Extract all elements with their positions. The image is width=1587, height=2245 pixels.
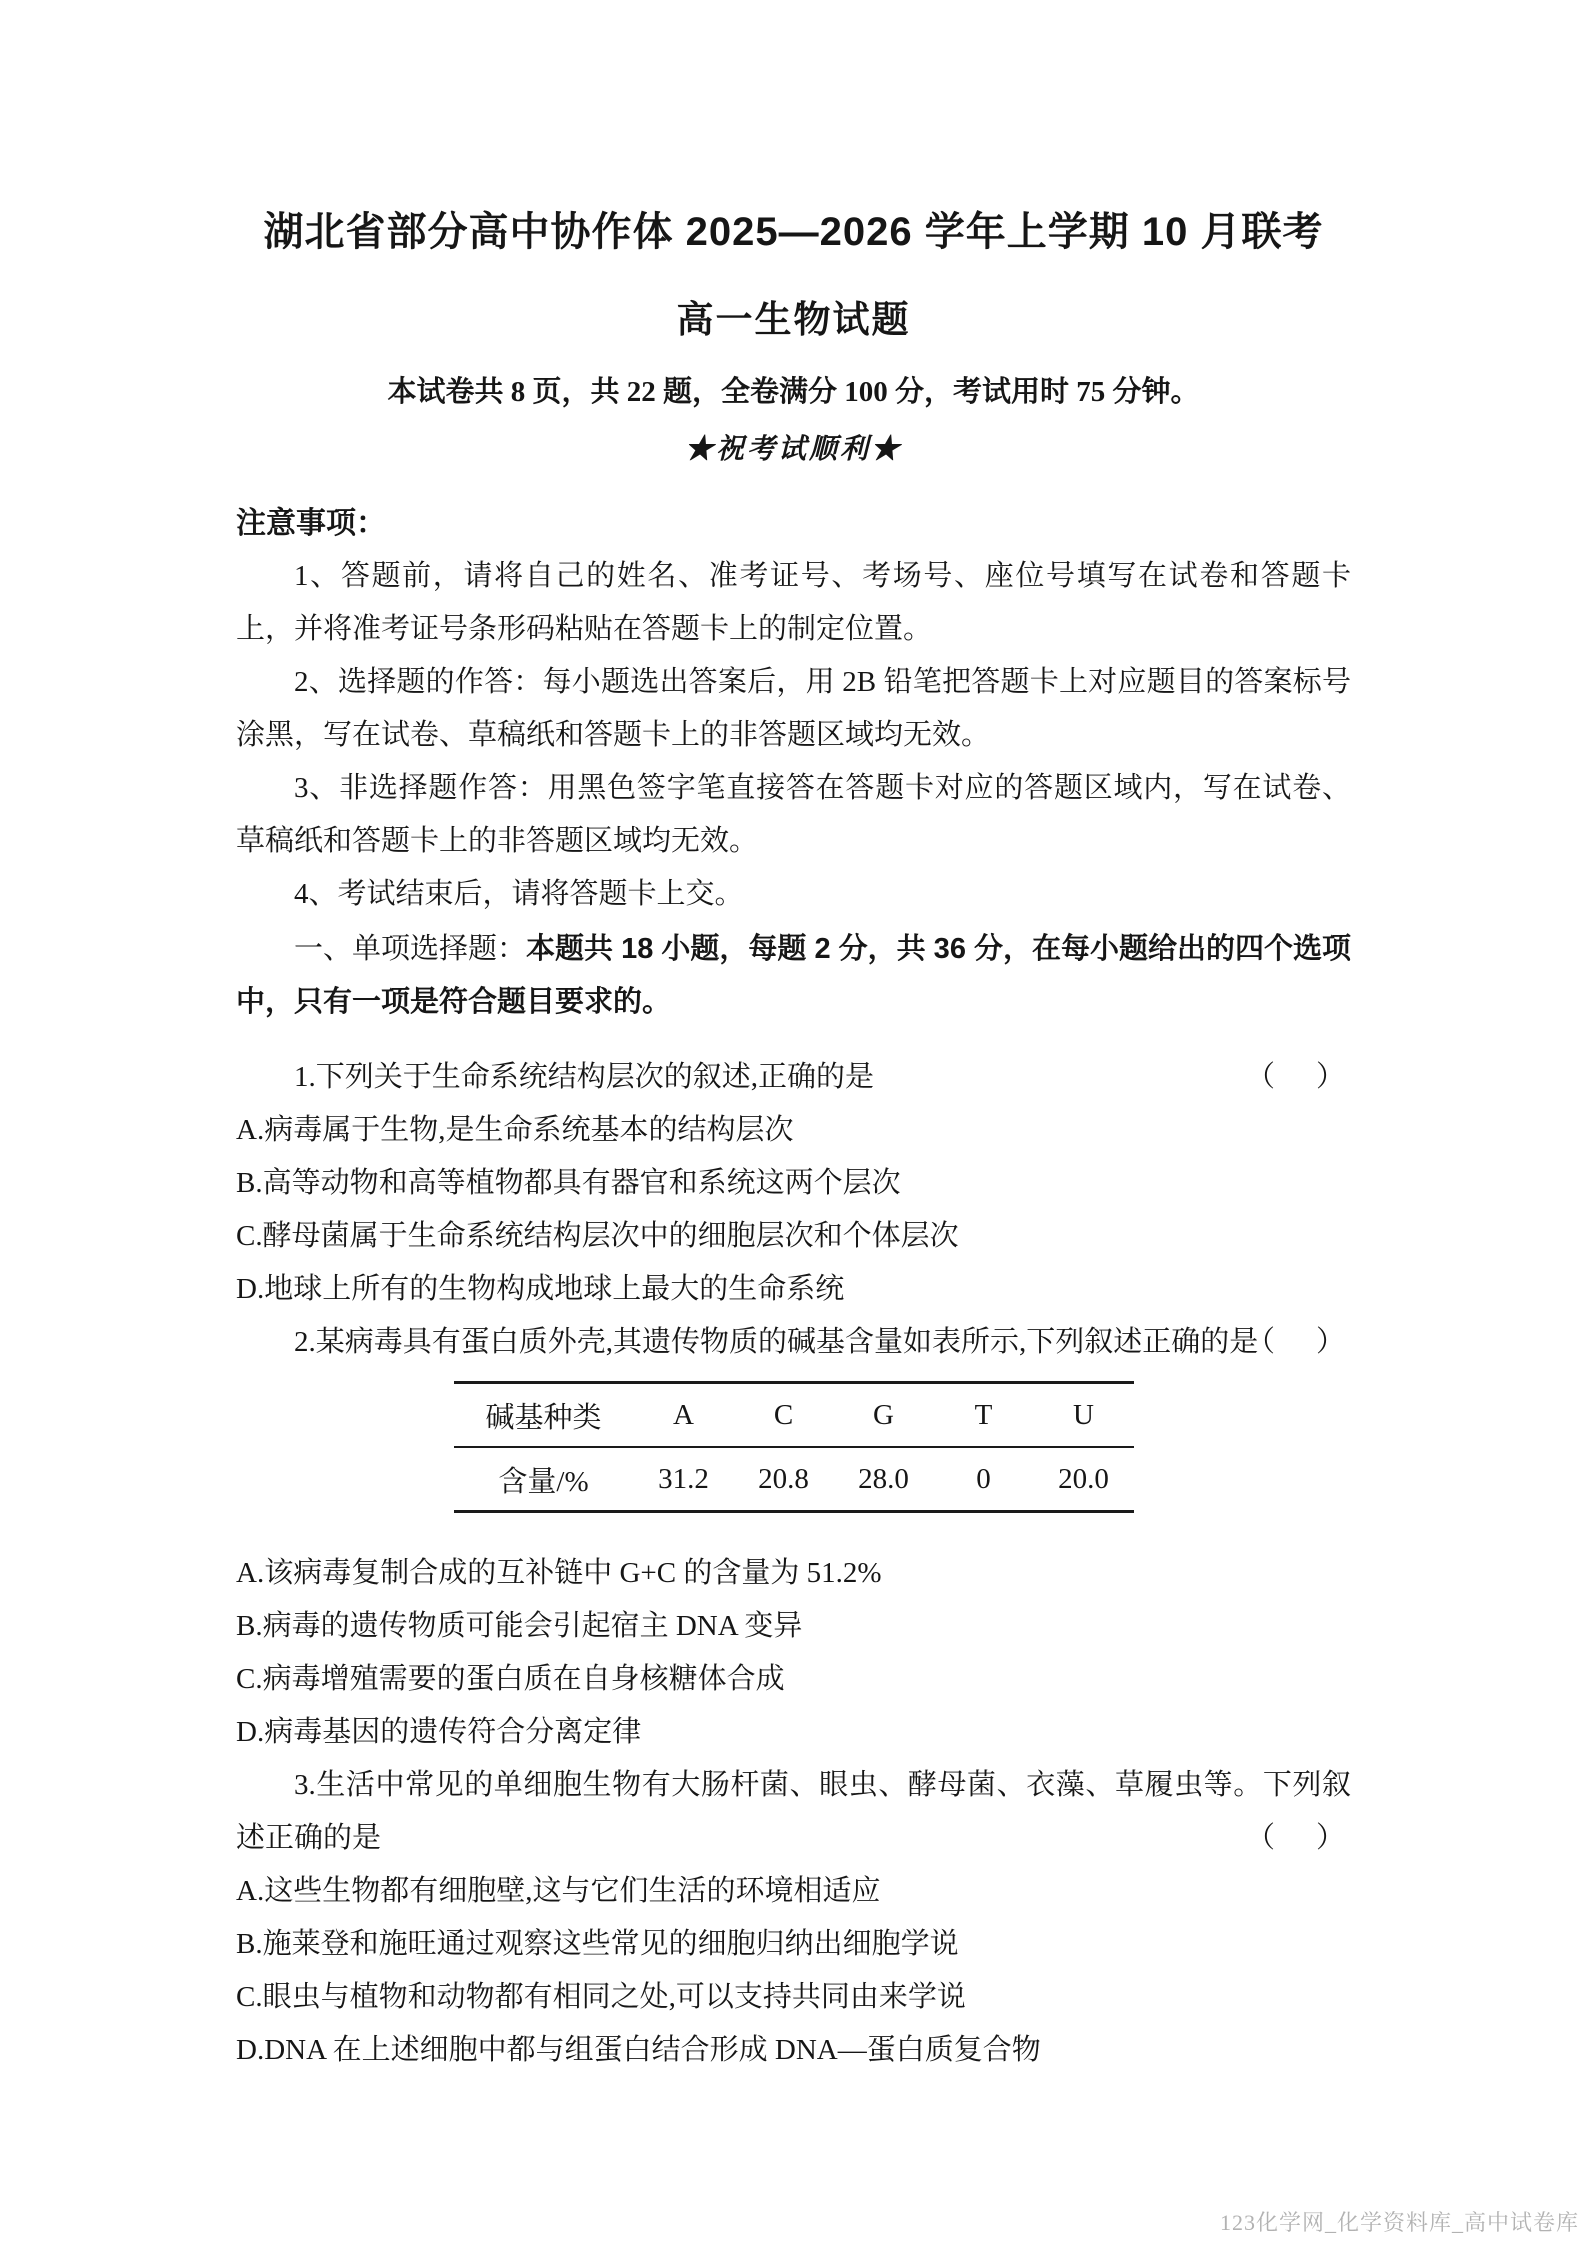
notice-item-4: 4、考试结束后，请将答题卡上交。 <box>236 868 1351 921</box>
paper-subtitle: 高一生物试题 <box>0 300 1587 341</box>
blessing-line: ★祝考试顺利★ <box>0 433 1587 467</box>
section-label: 一、单项选择题： <box>294 933 526 965</box>
base-content-table: 碱基种类 A C G T U 含量/% 31.2 20.8 28.0 0 20.… <box>454 1381 1134 1513</box>
section-heading: 一、单项选择题：本题共 18 小题，每题 2 分，共 36 分，在每小题给出的四… <box>236 923 1351 1029</box>
question-2: 2.某病毒具有蛋白质外壳,其遗传物质的碱基含量如表所示,下列叙述正确的是（ ） … <box>236 1316 1351 1759</box>
question-2-option-c: C.病毒增殖需要的蛋白质在自身核糖体合成 <box>236 1653 1351 1706</box>
question-1: 1.下列关于生命系统结构层次的叙述,正确的是（ ） A.病毒属于生物,是生命系统… <box>236 1051 1351 1316</box>
question-3-option-b: B.施莱登和施旺通过观察这些常见的细胞归纳出细胞学说 <box>236 1918 1351 1971</box>
notice-item-2: 2、选择题的作答：每小题选出答案后，用 2B 铅笔把答题卡上对应题目的答案标号涂… <box>236 656 1351 762</box>
question-3: 3.生活中常见的单细胞生物有大肠杆菌、眼虫、酵母菌、衣藻、草履虫等。下列叙述正确… <box>236 1759 1351 2077</box>
table-header-cell: 碱基种类 <box>454 1383 634 1448</box>
question-3-option-a: A.这些生物都有细胞壁,这与它们生活的环境相适应 <box>236 1865 1351 1918</box>
notice-item-3: 3、非选择题作答：用黑色签字笔直接答在答题卡对应的答题区域内，写在试卷、草稿纸和… <box>236 762 1351 868</box>
table-data-cell: 0 <box>934 1447 1034 1512</box>
question-2-option-d: D.病毒基因的遗传符合分离定律 <box>236 1706 1351 1759</box>
question-3-stem-line: 3.生活中常见的单细胞生物有大肠杆菌、眼虫、酵母菌、衣藻、草履虫等。下列叙述正确… <box>236 1759 1351 1865</box>
table-header-cell: U <box>1034 1383 1134 1448</box>
question-1-option-d: D.地球上所有的生物构成地球上最大的生命系统 <box>236 1263 1351 1316</box>
answer-bracket: （ ） <box>1246 1812 1351 1865</box>
question-3-option-d: D.DNA 在上述细胞中都与组蛋白结合形成 DNA—蛋白质复合物 <box>236 2024 1351 2077</box>
content-column: 注意事项： 1、答题前，请将自己的姓名、准考证号、考场号、座位号填写在试卷和答题… <box>236 497 1351 2077</box>
table-data-row: 含量/% 31.2 20.8 28.0 0 20.0 <box>454 1447 1134 1512</box>
question-3-option-c: C.眼虫与植物和动物都有相同之处,可以支持共同由来学说 <box>236 1971 1351 2024</box>
exam-paper-page: 湖北省部分高中协作体 2025—2026 学年上学期 10 月联考 高一生物试题… <box>0 0 1587 2245</box>
table-data-cell: 31.2 <box>634 1447 734 1512</box>
question-2-stem-line: 2.某病毒具有蛋白质外壳,其遗传物质的碱基含量如表所示,下列叙述正确的是（ ） <box>236 1316 1351 1369</box>
question-1-option-b: B.高等动物和高等植物都具有器官和系统这两个层次 <box>236 1157 1351 1210</box>
question-2-option-b: B.病毒的遗传物质可能会引起宿主 DNA 变异 <box>236 1600 1351 1653</box>
footer-watermark: 123化学网_化学资料库_高中试卷库 <box>1220 2206 1579 2237</box>
question-1-stem-line: 1.下列关于生命系统结构层次的叙述,正确的是（ ） <box>236 1051 1351 1104</box>
table-data-cell: 20.0 <box>1034 1447 1134 1512</box>
question-1-option-a: A.病毒属于生物,是生命系统基本的结构层次 <box>236 1104 1351 1157</box>
question-2-option-a: A.该病毒复制合成的互补链中 G+C 的含量为 51.2% <box>236 1547 1351 1600</box>
answer-bracket: （ ） <box>1246 1316 1351 1369</box>
notice-item-1: 1、答题前，请将自己的姓名、准考证号、考场号、座位号填写在试卷和答题卡上，并将准… <box>236 550 1351 656</box>
table-header-cell: A <box>634 1383 734 1448</box>
page-title: 湖北省部分高中协作体 2025—2026 学年上学期 10 月联考 <box>0 210 1587 254</box>
table-data-cell: 含量/% <box>454 1447 634 1512</box>
table-header-cell: C <box>734 1383 834 1448</box>
question-stem: 3.生活中常见的单细胞生物有大肠杆菌、眼虫、酵母菌、衣藻、草履虫等。下列叙述正确… <box>236 1769 1351 1854</box>
table-data-cell: 20.8 <box>734 1447 834 1512</box>
question-stem: 2.某病毒具有蛋白质外壳,其遗传物质的碱基含量如表所示,下列叙述正确的是 <box>294 1326 1258 1358</box>
table-header-row: 碱基种类 A C G T U <box>454 1383 1134 1448</box>
question-1-option-c: C.酵母菌属于生命系统结构层次中的细胞层次和个体层次 <box>236 1210 1351 1263</box>
answer-bracket: （ ） <box>1246 1051 1351 1104</box>
question-stem: 1.下列关于生命系统结构层次的叙述,正确的是 <box>294 1061 874 1093</box>
notice-heading: 注意事项： <box>236 497 1351 550</box>
table-header-cell: G <box>834 1383 934 1448</box>
table-data-cell: 28.0 <box>834 1447 934 1512</box>
table-header-cell: T <box>934 1383 1034 1448</box>
paper-info-line: 本试卷共 8 页，共 22 题，全卷满分 100 分，考试用时 75 分钟。 <box>0 375 1587 410</box>
